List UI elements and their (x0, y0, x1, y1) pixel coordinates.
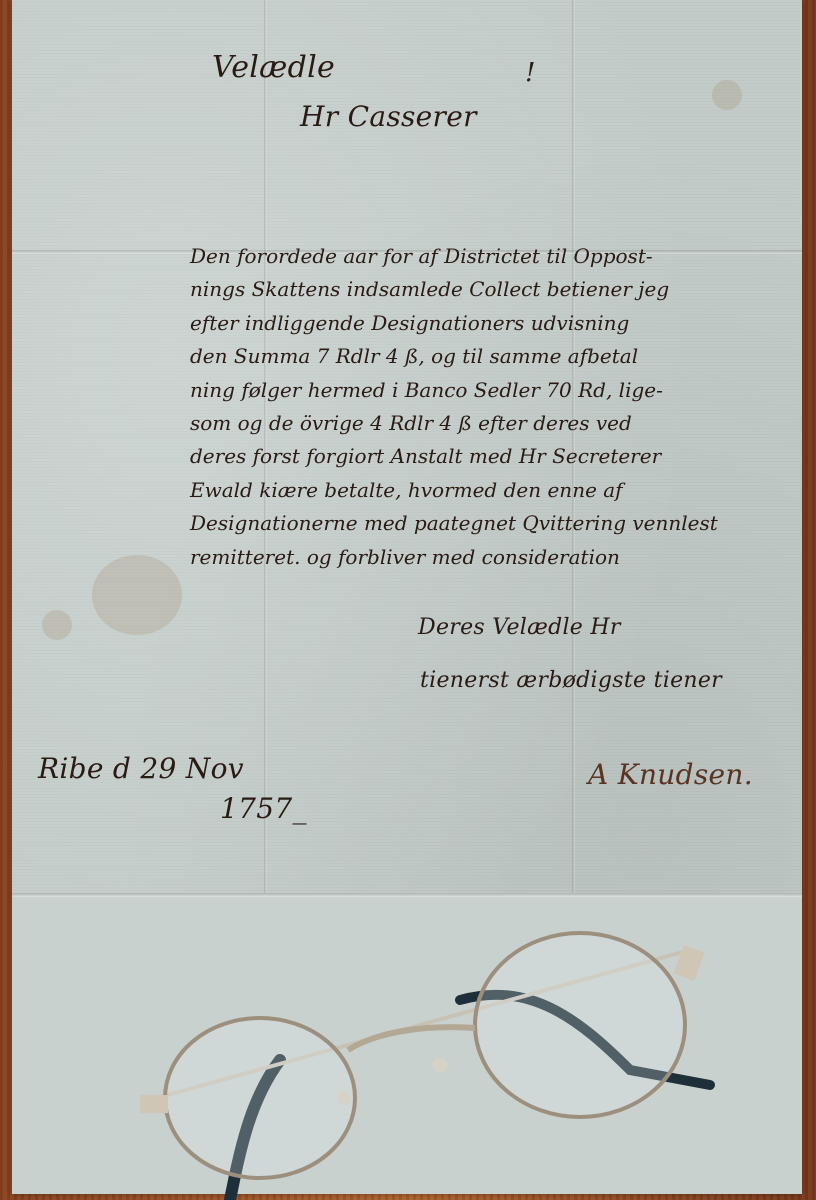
salutation-line-1: Velædle (212, 50, 335, 85)
body-line: ning følger hermed i Banco Sedler 70 Rd,… (190, 374, 790, 407)
signature: A Knudsen. (588, 758, 753, 791)
letter-body: Den forordede aar for af Districtet til … (190, 240, 790, 574)
paper-stain (42, 610, 72, 640)
body-line: deres forst forgiort Anstalt med Hr Secr… (190, 440, 790, 473)
paper-stain (712, 80, 742, 110)
body-line: nings Skattens indsamlede Collect betien… (190, 273, 790, 306)
body-line: som og de övrige 4 Rdlr 4 ß efter deres … (190, 407, 790, 440)
body-line: efter indliggende Designationers udvisni… (190, 307, 790, 340)
body-line: den Summa 7 Rdlr 4 ß, og til samme afbet… (190, 340, 790, 373)
fold-line-horizontal (12, 893, 802, 897)
salutation-line-2: Hr Casserer (300, 100, 477, 133)
body-line: remitteret. og forbliver med considerati… (190, 541, 790, 574)
closing-line-1: Deres Velædle Hr (418, 615, 621, 640)
body-line: Den forordede aar for af Districtet til … (190, 240, 790, 273)
paper-stain (92, 555, 182, 635)
closing-line-2: tienerst ærbødigste tiener (420, 668, 722, 693)
body-line: Designationerne med paategnet Qvittering… (190, 507, 790, 540)
eyeglasses-icon (130, 920, 730, 1200)
salutation-exclamation: ! (525, 58, 536, 88)
year: 1757_ (220, 792, 307, 825)
body-line: Ewald kiære betalte, hvormed den enne af (190, 474, 790, 507)
place-and-date: Ribe d 29 Nov (38, 752, 244, 785)
